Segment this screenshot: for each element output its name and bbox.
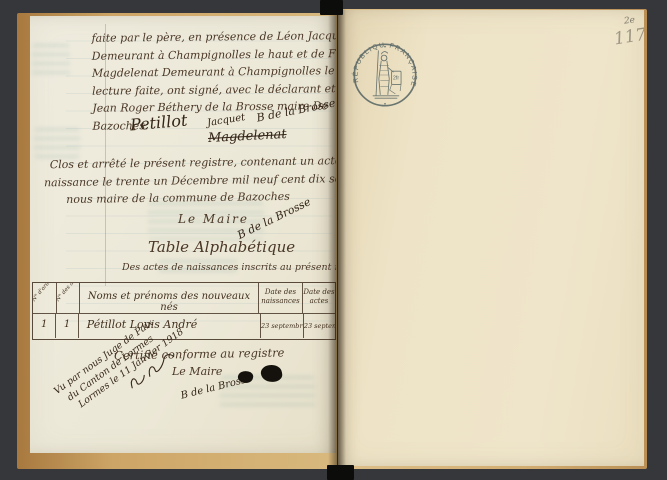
stamp-denomination: 2fr	[393, 75, 399, 81]
table-subtitle: Des actes de naissances inscrits au prés…	[122, 262, 336, 273]
act-line: Magdelenat Demeurant à Champignolles le …	[92, 61, 336, 82]
table-header-ordre: N° d'ordre	[33, 283, 57, 313]
maire-title-2: Le Maire	[172, 365, 222, 378]
bleed-through	[34, 128, 80, 158]
table-header-acte-label: N° des actes	[57, 283, 80, 303]
ink-blot	[260, 364, 283, 384]
left-page: faite par le père, en présence de Léon J…	[30, 16, 336, 453]
folio-pencil-note: 2e	[624, 15, 636, 26]
act-line: faite par le père, en présence de Léon J…	[91, 26, 336, 47]
table-header-acte: N° des actes	[57, 283, 80, 313]
maire-title: Le Maire	[178, 212, 249, 226]
cell-acte: 1	[56, 314, 78, 338]
bleed-through	[32, 44, 70, 80]
cell-date-naissance: 23 septembre	[261, 314, 304, 338]
cell-ordre: 1	[33, 314, 56, 338]
binding-tab-bottom	[327, 465, 354, 480]
register-scan: faite par le père, en présence de Léon J…	[0, 0, 667, 480]
table-header-ordre-label: N° d'ordre	[33, 283, 57, 303]
table-title: Table Alphabétique	[148, 238, 295, 256]
table-header-date-naissance: Date des naissances	[259, 283, 303, 313]
signature-magdelenat: Magdelenat	[208, 127, 287, 146]
right-page: RÉPUBLIQUE FRANÇAISE 2fr 2e 117	[338, 10, 644, 466]
stamp-graphic: RÉPUBLIQUE FRANÇAISE 2fr	[351, 41, 419, 109]
closing-paragraph: Clos et arrêté le présent registre, cont…	[44, 152, 336, 209]
binding-tab-top	[320, 0, 343, 15]
republique-francaise-stamp: RÉPUBLIQUE FRANÇAISE 2fr	[351, 41, 419, 109]
book-gutter-shadow	[328, 9, 346, 469]
folio-paraph: 117	[613, 25, 644, 50]
